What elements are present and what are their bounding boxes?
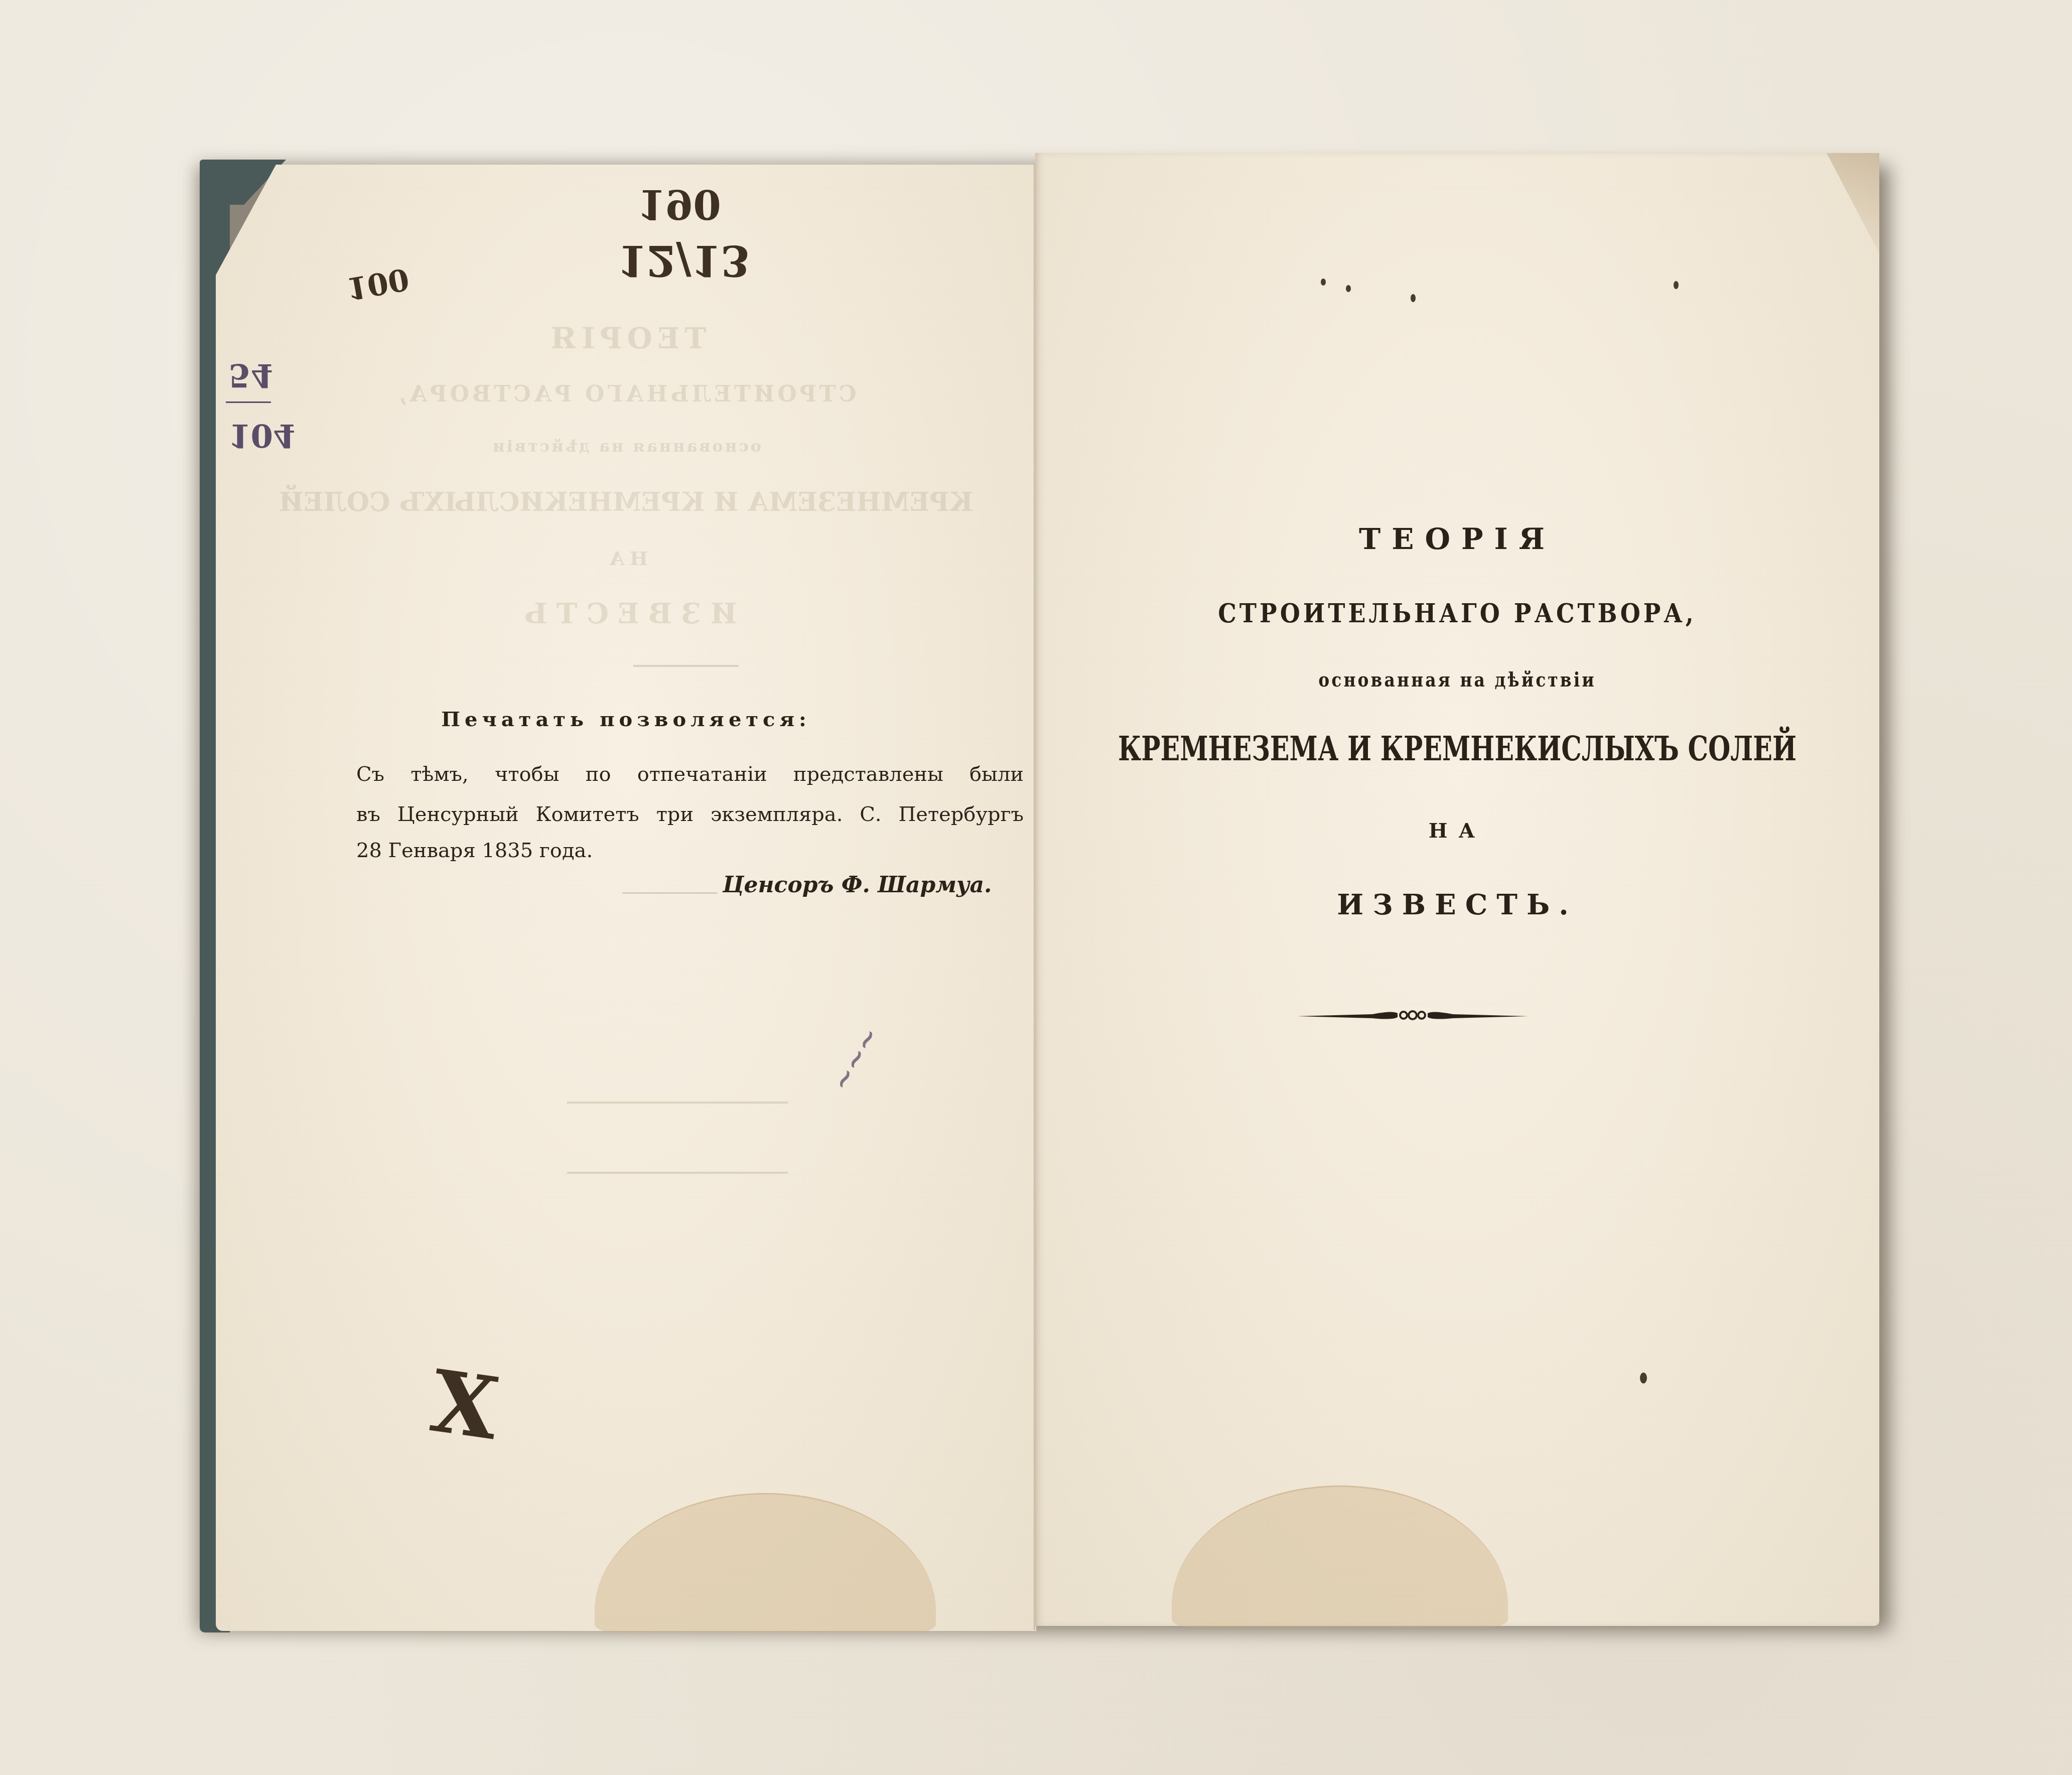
title-line-6: ИЗВЕСТЬ. [1035, 888, 1879, 921]
subtitle: СТРОИТЕЛЬНАГО РАСТВОРА, [1035, 598, 1879, 629]
decorative-rule-ornament [1297, 1006, 1528, 1024]
censorship-line-3: 28 Генваря 1835 года. [356, 839, 1024, 862]
show-through-rule [633, 665, 739, 667]
title-line-5: НА [1035, 819, 1879, 843]
censorship-line-1: Съ тѣмъ, чтобы по отпечатаніи представле… [356, 763, 1024, 786]
ink-speck [1674, 281, 1679, 289]
handwritten-number-190: 190 [637, 181, 721, 228]
show-through-line3: основанная на дѣйствіи [216, 437, 1036, 456]
signature-rule [622, 892, 718, 894]
show-through-title: ТЕОРІЯ [216, 321, 1036, 355]
show-through-line4: КРЕМНЕЗЕМА И КРЕМНЕКИСЛЫХЪ СОЛЕЙ [216, 487, 1036, 517]
censorship-heading: Печатать позволяется: [216, 708, 1036, 731]
title: ТЕОРІЯ [1035, 522, 1879, 556]
ink-speck [1346, 285, 1351, 292]
show-through-rule-2 [567, 1102, 788, 1104]
handwritten-x-mark: X [425, 1351, 504, 1459]
title-line-4: КРЕМНЕЗЕМА И КРЕМНЕКИСЛЫХЪ СОЛЕЙ [1111, 728, 1803, 768]
handwritten-fraction-bar [226, 401, 271, 403]
show-through-line5: НА [216, 547, 1036, 570]
handwritten-fraction-top: 54 [228, 356, 273, 394]
title-line-3: основанная на дѣйствіи [1035, 668, 1879, 692]
show-through-line6: ИЗВЕСТЬ [216, 597, 1036, 630]
ink-speck [1321, 279, 1326, 286]
show-through-subtitle: СТРОИТЕЛЬНАГО РАСТВОРА, [216, 381, 1036, 407]
handwritten-number-12-13: 12/13 [617, 236, 750, 286]
censor-signature: Ценсоръ Ф. Шармуа. [723, 872, 992, 898]
ink-speck [1411, 294, 1416, 302]
censorship-line-2: въ Ценсурный Комитетъ три экземпляра. С.… [356, 803, 1024, 826]
ink-speck [1640, 1373, 1647, 1384]
handwritten-fraction-bottom: 104 [228, 417, 296, 454]
show-through-rule-3 [567, 1172, 788, 1174]
